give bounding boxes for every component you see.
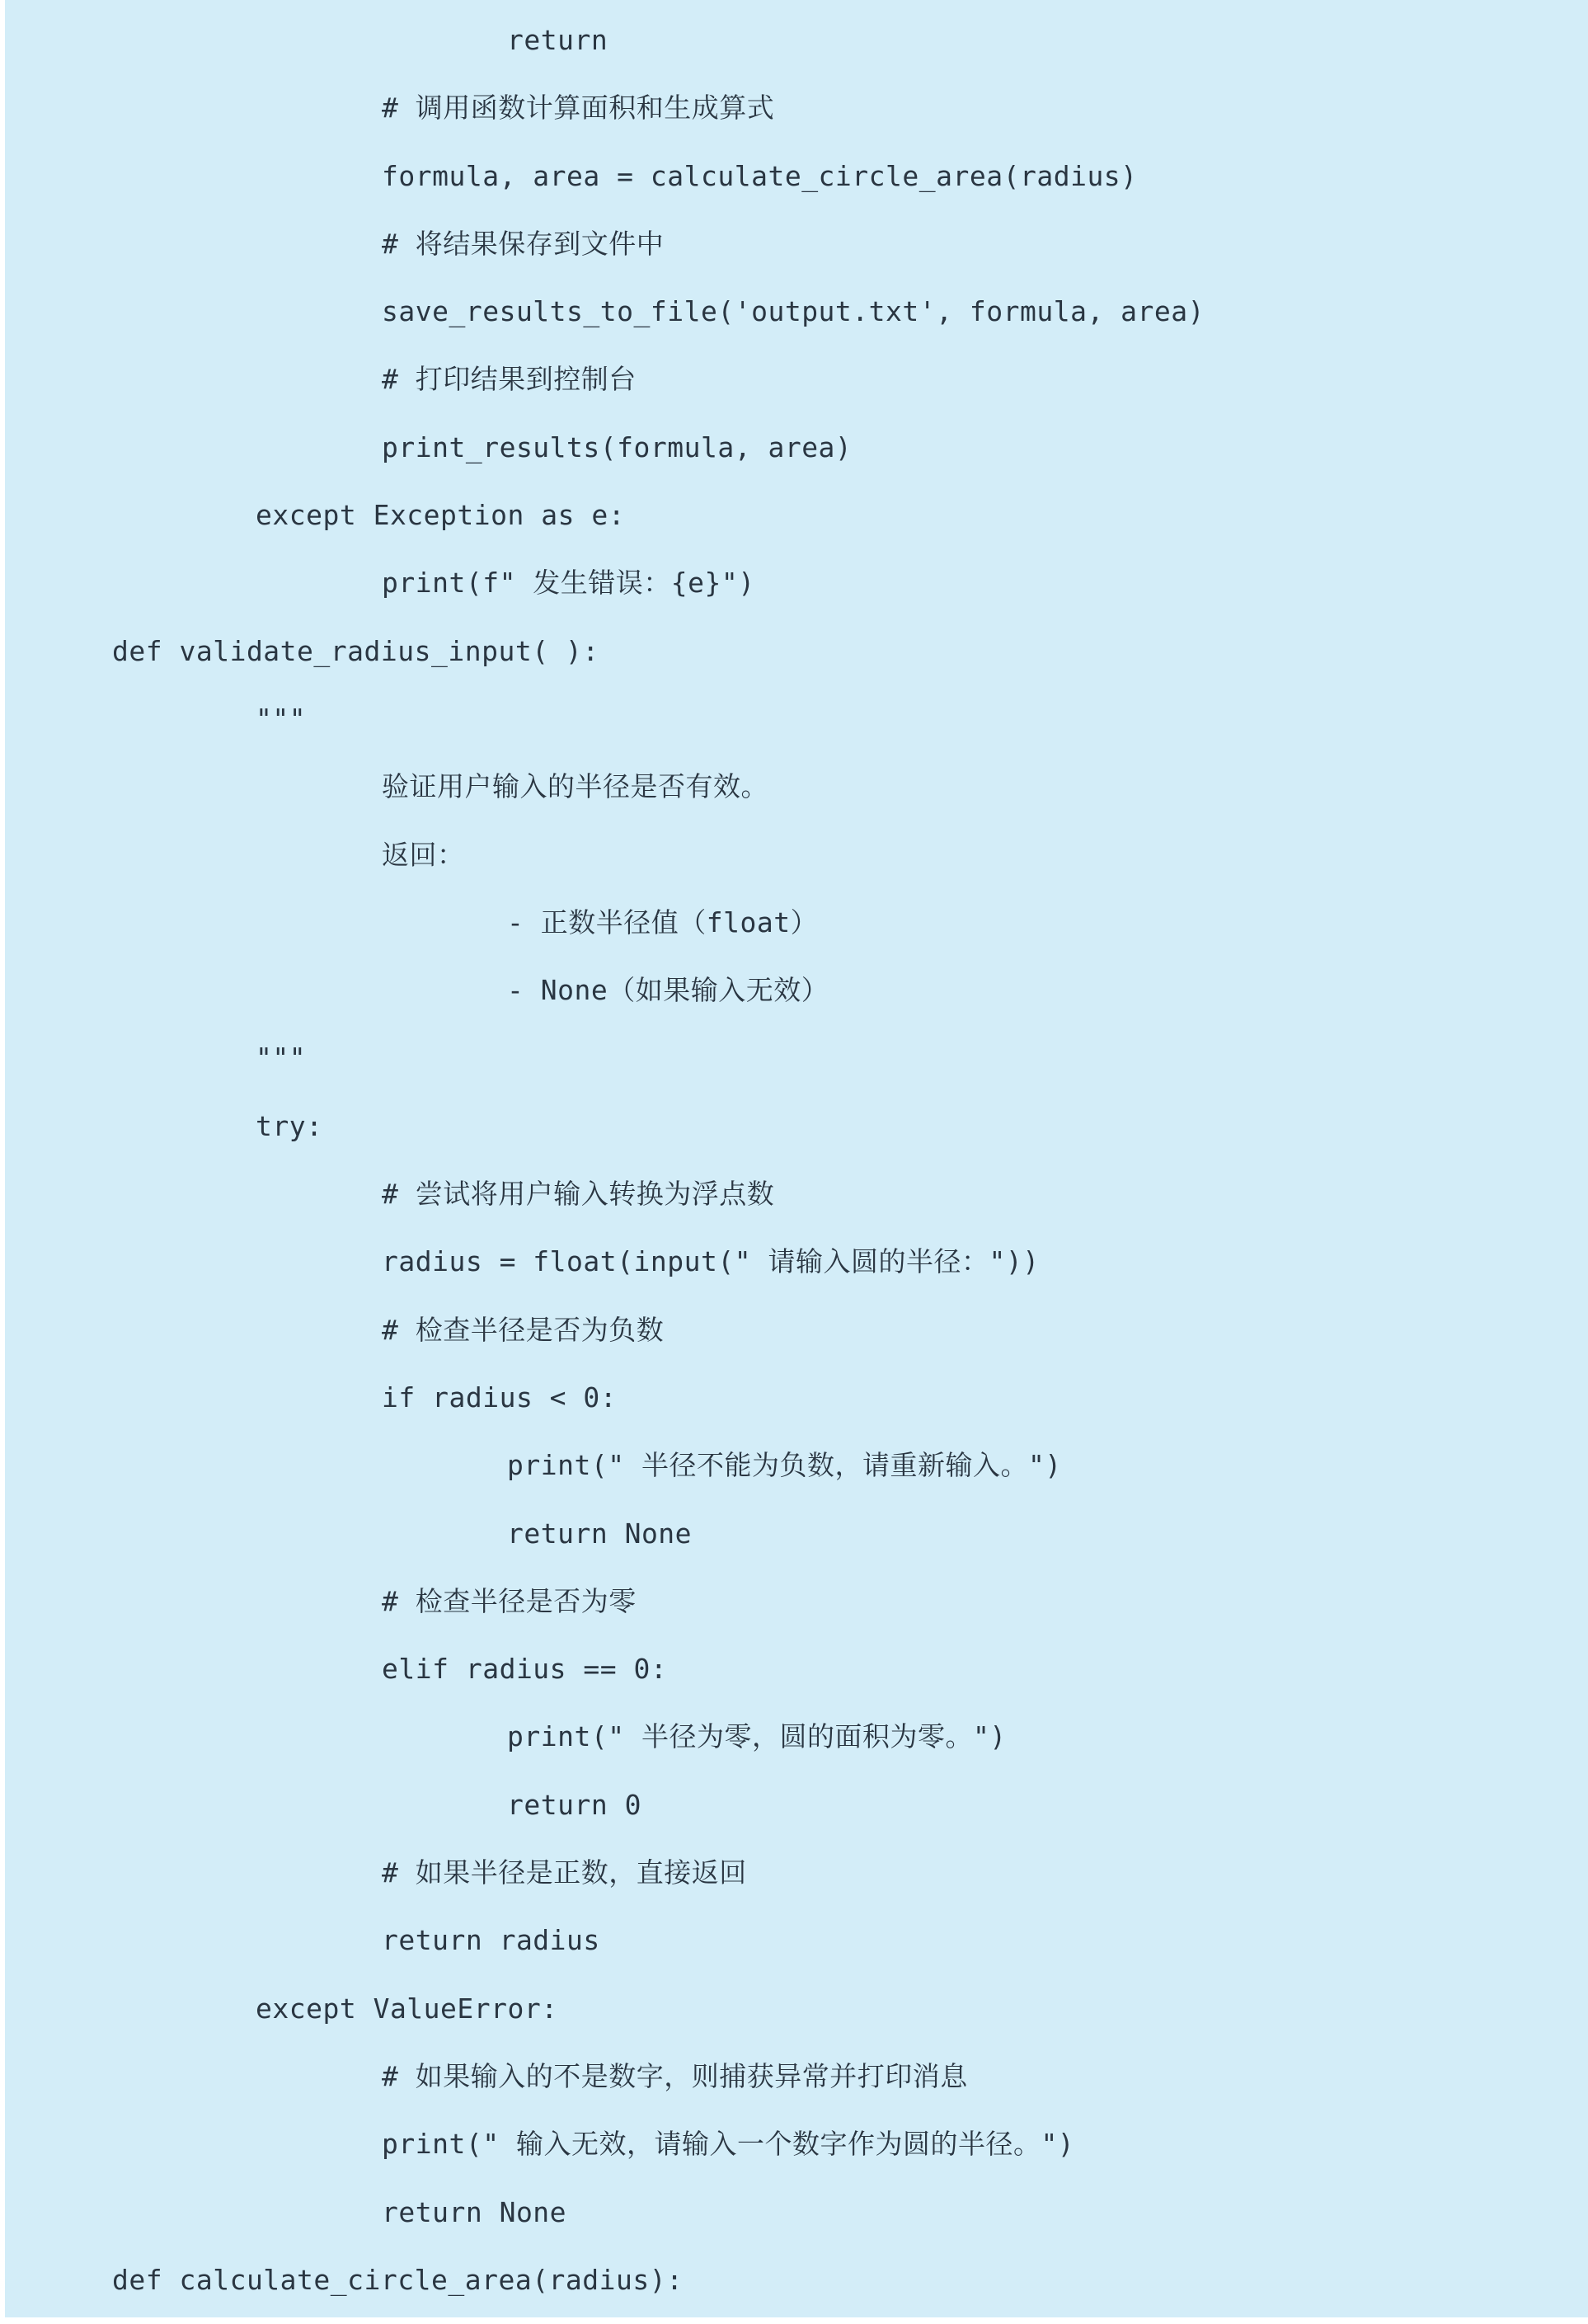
- code-line: return None: [5, 2179, 1588, 2246]
- code-line: def validate_radius_input( ):: [5, 618, 1588, 685]
- code-line: # 打印结果到控制台: [5, 346, 1588, 413]
- code-line: return None: [5, 1500, 1588, 1568]
- code-line: if radius < 0:: [5, 1364, 1588, 1432]
- code-line: 返回：: [5, 821, 1588, 889]
- code-line: print(" 输入无效，请输入一个数字作为圆的半径。"): [5, 2110, 1588, 2178]
- code-line: # 检查半径是否为零: [5, 1568, 1588, 1635]
- code-line: except Exception as e:: [5, 482, 1588, 549]
- code-line: - None（如果输入无效）: [5, 957, 1588, 1024]
- code-line: return: [5, 7, 1588, 74]
- code-line: return 0: [5, 1771, 1588, 1839]
- code-line: - 正数半径值（float）: [5, 889, 1588, 957]
- code-line: return radius: [5, 1907, 1588, 1974]
- code-line: try:: [5, 1093, 1588, 1160]
- code-line: print(" 半径为零，圆的面积为零。"): [5, 1703, 1588, 1771]
- code-line: print(" 半径不能为负数，请重新输入。"): [5, 1432, 1588, 1499]
- code-line: radius = float(input(" 请输入圆的半径：")): [5, 1228, 1588, 1296]
- code-line: print(f" 发生错误：{e}"): [5, 549, 1588, 617]
- code-line: """: [5, 1024, 1588, 1092]
- code-line: elif radius == 0:: [5, 1635, 1588, 1703]
- code-line: except ValueError:: [5, 1975, 1588, 2043]
- code-line: # 如果半径是正数，直接返回: [5, 1839, 1588, 1907]
- code-line: """: [5, 685, 1588, 753]
- code-line: # 如果输入的不是数字，则捕获异常并打印消息: [5, 2043, 1588, 2110]
- code-line: 验证用户输入的半径是否有效。: [5, 753, 1588, 821]
- code-line: save_results_to_file('output.txt', formu…: [5, 278, 1588, 346]
- code-line: # 尝试将用户输入转换为浮点数: [5, 1160, 1588, 1228]
- code-line: formula, area = calculate_circle_area(ra…: [5, 143, 1588, 210]
- code-line: # 检查半径是否为负数: [5, 1296, 1588, 1364]
- page-background: return# 调用函数计算面积和生成算式formula, area = cal…: [5, 0, 1588, 2317]
- code-line: def calculate_circle_area(radius):: [5, 2246, 1588, 2314]
- code-line: # 调用函数计算面积和生成算式: [5, 74, 1588, 142]
- code-line: # 将结果保存到文件中: [5, 210, 1588, 278]
- ebook-page: { "page": { "type": "code-listing-page",…: [0, 0, 1588, 2324]
- code-line: print_results(formula, area): [5, 414, 1588, 482]
- code-listing: return# 调用函数计算面积和生成算式formula, area = cal…: [5, 0, 1588, 2314]
